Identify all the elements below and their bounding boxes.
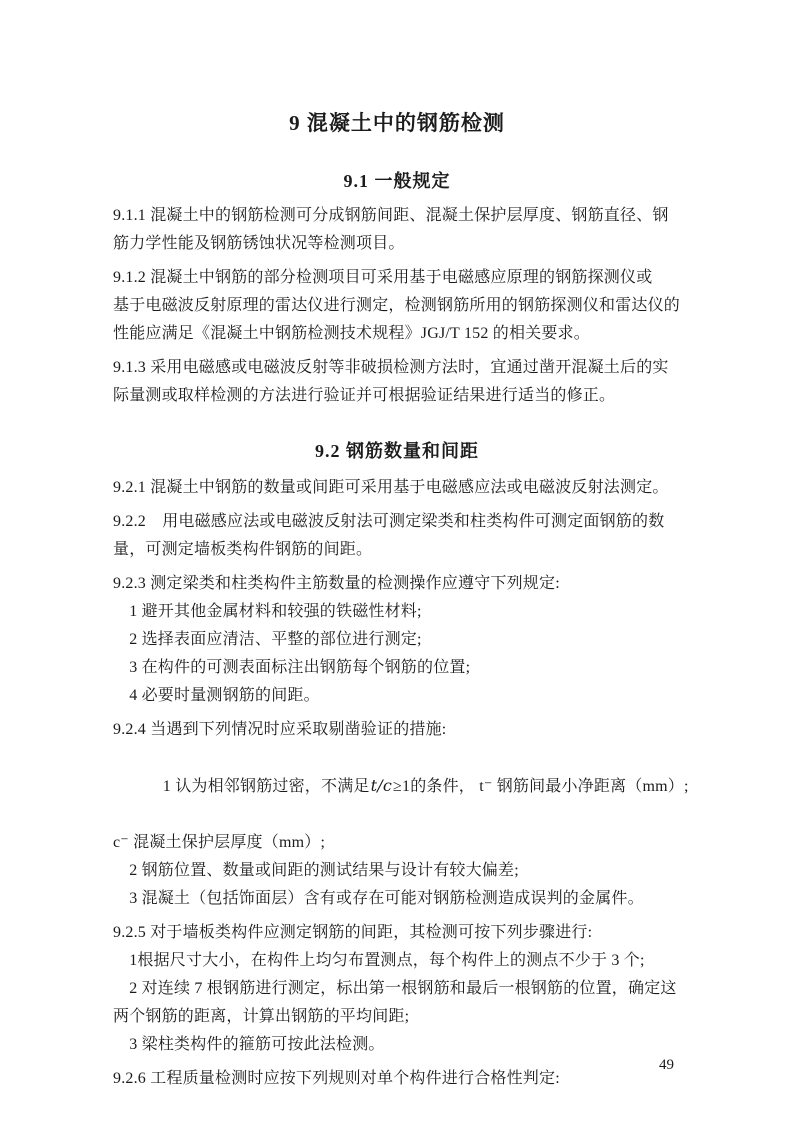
- clause-line: 基于电磁波反射原理的雷达仪进行测定，检测钢筋所用的钢筋探测仪和雷达仪的: [113, 292, 681, 320]
- list-item-line: 2 对连续 7 根钢筋进行测定，标出第一根钢筋和最后一根钢筋的位置，确定这: [113, 975, 681, 1003]
- section-title-9-1: 9.1 一般规定: [113, 168, 681, 194]
- formula-variables: t/c: [370, 776, 393, 795]
- clause-9-1-2: 9.1.2 混凝土中钢筋的部分检测项目可采用基于电磁感应原理的钢筋探测仪或 基于…: [113, 264, 681, 348]
- clause-9-2-4: 9.2.4 当遇到下列情况时应采取剔凿验证的措施: 1 认为相邻钢筋过密，不满足…: [113, 716, 681, 913]
- list-item-line: 3 混凝土（包括饰面层）含有或存在可能对钢筋检测造成误判的金属件。: [113, 885, 681, 913]
- page-content: 9 混凝土中的钢筋检测 9.1 一般规定 9.1.1 混凝土中的钢筋检测可分成钢…: [113, 0, 681, 1093]
- formula-relation: ≥1: [393, 778, 410, 795]
- clause-line: 9.2.5 对于墙板类构件应测定钢筋的间距，其检测可按下列步骤进行:: [113, 919, 681, 947]
- page-number: 49: [659, 1055, 674, 1075]
- list-item-line: 1 避开其他金属材料和较强的铁磁性材料;: [113, 598, 681, 626]
- list-item-line: 3 在构件的可测表面标注出钢筋每个钢筋的位置;: [113, 654, 681, 682]
- chapter-title: 9 混凝土中的钢筋检测: [113, 108, 681, 138]
- variable-definition-line: c⁻ 混凝土保护层厚度（mm）;: [113, 829, 681, 857]
- clause-9-1-3: 9.1.3 采用电磁感或电磁波反射等非破损检测方法时，宜通过凿开混凝土后的实 际…: [113, 354, 681, 410]
- document-page: 9 混凝土中的钢筋检测 9.1 一般规定 9.1.1 混凝土中的钢筋检测可分成钢…: [0, 0, 794, 1123]
- list-item-line: 2 钢筋位置、数量或间距的测试结果与设计有较大偏差;: [113, 857, 681, 885]
- clause-9-2-2: 9.2.2 用电磁感应法或电磁波反射法可测定梁类和柱类构件可测定面钢筋的数 量，…: [113, 508, 681, 564]
- clause-9-2-6: 9.2.6 工程质量检测时应按下列规则对单个构件进行合格性判定:: [113, 1065, 681, 1093]
- clause-line: 性能应满足《混凝土中钢筋检测技术规程》JGJ/T 152 的相关要求。: [113, 320, 681, 348]
- clause-line: 9.1.3 采用电磁感或电磁波反射等非破损检测方法时，宜通过凿开混凝土后的实: [113, 354, 681, 382]
- clause-line: 筋力学性能及钢筋锈蚀状况等检测项目。: [113, 230, 681, 258]
- clause-line: 量，可测定墙板类构件钢筋的间距。: [113, 536, 681, 564]
- clause-line: 际量测或取样检测的方法进行验证并可根据验证结果进行适当的修正。: [113, 382, 681, 410]
- clause-line: 9.2.4 当遇到下列情况时应采取剔凿验证的措施:: [113, 716, 681, 744]
- list-item-line: 2 选择表面应清洁、平整的部位进行测定;: [113, 626, 681, 654]
- clause-9-2-3: 9.2.3 测定梁类和柱类构件主筋数量的检测操作应遵守下列规定: 1 避开其他金…: [113, 570, 681, 710]
- list-item-continuation-line: 两个钢筋的距离，计算出钢筋的平均间距;: [113, 1003, 681, 1031]
- clause-line: 9.2.6 工程质量检测时应按下列规则对单个构件进行合格性判定:: [113, 1065, 681, 1093]
- list-item-line: 3 梁柱类构件的箍筋可按此法检测。: [113, 1031, 681, 1059]
- clause-9-1-1: 9.1.1 混凝土中的钢筋检测可分成钢筋间距、混凝土保护层厚度、钢筋直径、钢 筋…: [113, 202, 681, 258]
- clause-line: 9.2.2 用电磁感应法或电磁波反射法可测定梁类和柱类构件可测定面钢筋的数: [113, 508, 681, 536]
- section-title-9-2: 9.2 钢筋数量和间距: [113, 438, 681, 464]
- clause-line: 9.1.1 混凝土中的钢筋检测可分成钢筋间距、混凝土保护层厚度、钢筋直径、钢: [113, 202, 681, 230]
- formula-suffix-text: 的条件， t⁻ 钢筋间最小净距离（mm）;: [410, 778, 688, 795]
- clause-line: 9.2.1 混凝土中钢筋的数量或间距可采用基于电磁感应法或电磁波反射法测定。: [113, 474, 681, 502]
- list-item-line: 4 必要时量测钢筋的间距。: [113, 682, 681, 710]
- clause-line: 9.1.2 混凝土中钢筋的部分检测项目可采用基于电磁感应原理的钢筋探测仪或: [113, 264, 681, 292]
- list-item-line-with-formula: 1 认为相邻钢筋过密，不满足t/c≥1的条件， t⁻ 钢筋间最小净距离（mm）;: [113, 744, 681, 829]
- list-item-line: 1根据尺寸大小，在构件上均匀布置测点，每个构件上的测点不少于 3 个;: [113, 947, 681, 975]
- clause-9-2-1: 9.2.1 混凝土中钢筋的数量或间距可采用基于电磁感应法或电磁波反射法测定。: [113, 474, 681, 502]
- clause-9-2-5: 9.2.5 对于墙板类构件应测定钢筋的间距，其检测可按下列步骤进行: 1根据尺寸…: [113, 919, 681, 1059]
- clause-line: 9.2.3 测定梁类和柱类构件主筋数量的检测操作应遵守下列规定:: [113, 570, 681, 598]
- formula-prefix-text: 1 认为相邻钢筋过密，不满足: [147, 778, 370, 795]
